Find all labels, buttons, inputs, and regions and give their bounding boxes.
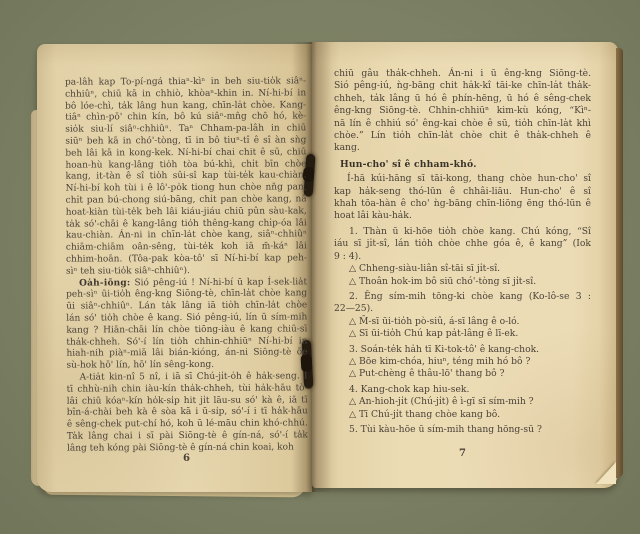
text-line: êng-kng Siōng-tè. Chhin-chhiūⁿ kim-kù kó… [334, 105, 591, 117]
list-item-5: 5. Tùi kàu-hōe ū sím-mih thang hōng-sū ? [334, 424, 591, 436]
text-line: △ Thoân hok-im bô siū chó'-tòng sī ji̍t-… [334, 276, 591, 288]
text-line: 1. Thàn ū ki-hōe tio̍h chòe kang. Chú kó… [334, 226, 591, 238]
section-heading: Hun-cho' sî ê chham-khó. [334, 159, 591, 171]
text-line: kang. [334, 142, 591, 154]
text-line: △ An-hioh-ji̍t (Chú-ji̍t) ê ì-gī sī sím-… [334, 396, 591, 408]
text-line: △ Chheng-siàu-liân sî-tāi sī ji̍t-sî. [334, 263, 591, 275]
list-item-4: 4. Kang-chok kap hiu-sek. [334, 384, 591, 396]
section-intro: Í-hā kúi-hāng sī tāi-kong, thang chòe hu… [334, 173, 591, 223]
text-line: 3. Soán-te̍k ha̍h tī Ki-tok-tô' ê kang-c… [334, 344, 591, 356]
text-line: Í-hā kúi-hāng sī tāi-kong, thang chòe hu… [334, 173, 591, 185]
text-line: chiū gâu tha̍k-chheh. Án-ni i ū êng-kng … [334, 68, 591, 80]
book-photo: pa-lâh kap To-pí-ngá thiaⁿ-kìⁿ in beh si… [0, 0, 640, 534]
list-item-1-points: △ Chheng-siàu-liân sî-tāi sī ji̍t-sî.△ T… [334, 263, 591, 288]
text-line: 2. Ēng sím-mih tōng-ki chòe kang (Ko-lô-… [334, 291, 591, 303]
list-item-4-points: △ An-hioh-ji̍t (Chú-ji̍t) ê ì-gī sī sím-… [334, 396, 591, 421]
paragraph-application: Oa̍h-iōng: Sió pêng-iú ! Ní-hi-bí ū kap … [66, 277, 307, 373]
text-line: △ Sī ūi-tio̍h Chú kap pa̍t-lâng ê lī-ek. [334, 328, 591, 340]
left-page-text: pa-lâh kap To-pí-ngá thiaⁿ-kìⁿ in beh si… [65, 76, 308, 455]
list-item-2: 2. Ēng sím-mih tōng-ki chòe kang (Ko-lô-… [334, 291, 591, 316]
folded-page-corner [596, 462, 616, 484]
text-line: 9 : 4). [334, 251, 591, 263]
paragraph-nehemiah-story: pa-lâh kap To-pí-ngá thiaⁿ-kìⁿ in beh si… [65, 76, 307, 278]
text-line: chi̍t pan bú-chong siú-bāng, chi̍t pan c… [66, 194, 307, 207]
list-item-3: 3. Soán-te̍k ha̍h tī Ki-tok-tô' ê kang-c… [334, 344, 591, 356]
text-line: △ Put-chèng ê thâu-lō' thang bô ? [334, 368, 591, 380]
text-line: iáu sī ji̍t-sî, lán tio̍h chòe chhe góa … [334, 238, 591, 250]
book-cover-edge [616, 48, 623, 478]
paragraph-a-tiat-example: A-tia̍t kin-nî 5 nî, i iā sī Chú-ji̍t-o̍… [67, 371, 308, 455]
text-line: △ Bōe kim-chóa, hiuⁿ, téng mih hó bô ? [334, 356, 591, 368]
text-line: Sió pêng-iú, ǹg-bāng chit ha̍k-kî tāi-ke… [334, 80, 591, 92]
text-line: kang ? Hiān-chāi lín chòe tiōng-iàu ê ka… [66, 324, 307, 337]
text-line: 22—25). [334, 303, 591, 315]
text-line: chhim-hoān. (Tôa-pak kòa-tô' sī Ní-hi-bí… [66, 253, 307, 266]
text-line: chhiûⁿ, chiū kā in chhiò, khòaⁿ-khin in.… [65, 88, 306, 101]
paragraph-reading-encouragement: chiū gâu tha̍k-chheh. Án-ni i ū êng-kng … [334, 68, 591, 155]
text-line: △ M̄-sī ūi-tio̍h pò-siû, á-sī lâng ê o-l… [334, 316, 591, 328]
paragraph-lead: Oa̍h-iōng: [79, 278, 130, 288]
right-page-text: chiū gâu tha̍k-chheh. Án-ni i ū êng-kng … [334, 68, 591, 436]
text-line: siūⁿ beh kā in chó'-tòng, tī in bô tiuⁿ-… [65, 135, 306, 148]
text-line: Ta̍k lâng chai i sī pài Siōng-tè ê gín-n… [67, 430, 308, 443]
text-line: hiah-nih piàⁿ-miā lâi bián-kióng, án-ni … [66, 348, 307, 361]
text-line: A-tia̍t kin-nî 5 nî, i iā sī Chú-ji̍t-o̍… [67, 371, 308, 384]
text-line: kap ha̍k-seng thó-lūn ê chhâi-liāu. Hun-… [334, 186, 591, 198]
text-line: △ Tī Chú-ji̍t thang chòe kang bô. [334, 409, 591, 421]
left-page-number: 6 [66, 453, 307, 464]
list-item-2-points: △ M̄-sī ūi-tio̍h pò-siû, á-sī lâng ê o-l… [334, 316, 591, 341]
text-line: tī chhù-nih chin iàu-kín tha̍k-chheh, tù… [67, 383, 308, 396]
text-line: chheh, ta̍k lâng ū hó ê phín-hēng, ū hó … [334, 93, 591, 105]
text-line: hoat lâi kàu-ha̍k. [334, 210, 591, 222]
text-line: chòe.” Lín tio̍h chīn-la̍t chòe chit ê t… [334, 130, 591, 142]
text-line: nā lín ê chhiú só' êng-kai chòe ê sū, ti… [334, 118, 591, 130]
text-line: khah tōa-hàn ê cho' ǹg-bāng chīn-liōng ē… [334, 198, 591, 210]
text-line: pa-lâh kap To-pí-ngá thiaⁿ-kìⁿ in beh si… [65, 76, 306, 89]
text-line: lán só' tio̍h chòe ê kang. Sió pêng-iú, … [66, 312, 307, 325]
text-line: beh lâi kā in kong-kek. Ní-hi-bí chai ch… [65, 147, 306, 160]
text-line: 4. Kang-chok kap hiu-sek. [334, 384, 591, 396]
right-page-number: 7 [334, 448, 591, 459]
list-item-3-points: △ Bōe kim-chóa, hiuⁿ, téng mih hó bô ?△ … [334, 356, 591, 381]
text-line: hoat-kiàn tùi-te̍k beh lâi kiáu-jiáu chi… [66, 206, 307, 219]
text-line: 5. Tùi kàu-hōe ū sím-mih thang hōng-sū ? [334, 424, 591, 436]
list-item-1: 1. Thàn ū ki-hōe tio̍h chòe kang. Chú kó… [334, 226, 591, 263]
